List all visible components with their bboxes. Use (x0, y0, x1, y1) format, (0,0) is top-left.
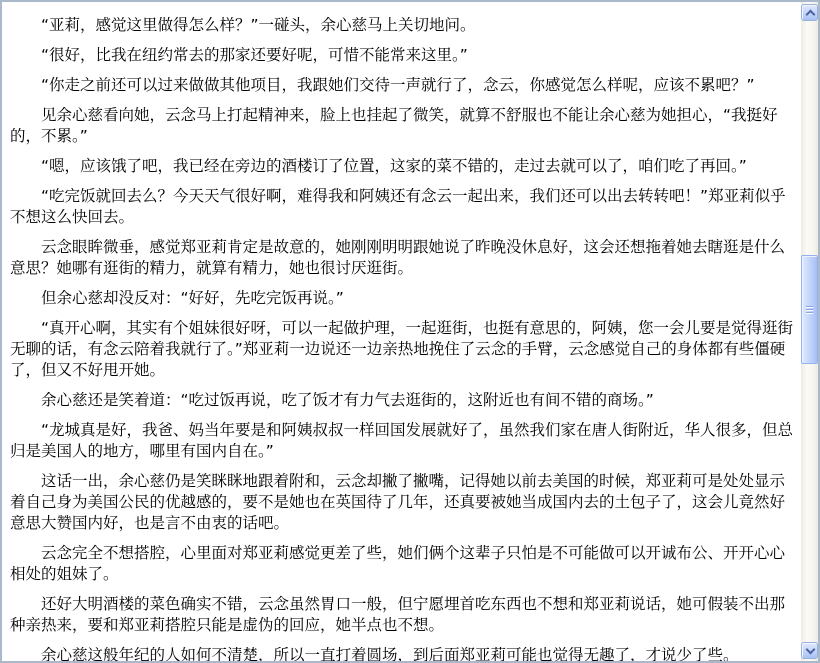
document-text-area: “亚莉，感觉这里做得怎么样？”一碰头，余心慈马上关切地问。 “很好，比我在纽约常… (2, 2, 799, 661)
paragraph: 还好大明酒楼的菜色确实不错，云念虽然胃口一般，但宁愿埋首吃东西也不想和郑亚莉说话… (10, 594, 795, 636)
thumb-grip-icon (806, 306, 813, 314)
paragraph: 云念完全不想搭腔，心里面对郑亚莉感觉更差了些，她们俩个这辈子只怕是不可能做可以开… (10, 543, 795, 585)
scrollbar-track-below-thumb[interactable] (801, 364, 818, 642)
paragraph: 但余心慈却没反对：“好好，先吃完饭再说。” (10, 288, 795, 309)
scrollbar-thumb[interactable] (801, 255, 818, 364)
paragraph: “吃完饭就回去么？今天天气很好啊，难得我和阿姨还有念云一起出来，我们还可以出去转… (10, 186, 795, 228)
paragraph: 见余心慈看向她，云念马上打起精神来，脸上也挂起了微笑，就算不舒服也不能让余心慈为… (10, 105, 795, 147)
paragraph: “龙城真是好，我爸、妈当年要是和阿姨叔叔一样回国发展就好了，虽然我们家在唐人街附… (10, 420, 795, 462)
paragraph: “很好，比我在纽约常去的那家还要好呢，可惜不能常来这里。” (10, 45, 795, 66)
paragraph: “亚莉，感觉这里做得怎么样？”一碰头，余心慈马上关切地问。 (10, 15, 795, 36)
document-window: “亚莉，感觉这里做得怎么样？”一碰头，余心慈马上关切地问。 “很好，比我在纽约常… (0, 0, 820, 663)
scroll-up-button[interactable] (801, 4, 818, 21)
paragraph: “嗯，应该饿了吧，我已经在旁边的酒楼订了位置，这家的菜不错的，走过去就可以了，咱… (10, 156, 795, 177)
scroll-down-button[interactable] (801, 642, 818, 659)
paragraph: “你走之前还可以过来做做其他项目，我跟她们交待一声就行了，念云，你感觉怎么样呢，… (10, 75, 795, 96)
paragraph: “真开心啊，其实有个姐妹很好呀，可以一起做护理，一起逛街，也挺有意思的，阿姨，您… (10, 318, 795, 381)
paragraph: 云念眼眸微垂，感觉郑亚莉肯定是故意的，她刚刚明明跟她说了昨晚没休息好，这会还想拖… (10, 237, 795, 279)
paragraph: 这话一出，余心慈仍是笑眯眯地跟着附和，云念却撇了撇嘴，记得她以前去美国的时候，郑… (10, 471, 795, 534)
chevron-down-icon (806, 645, 816, 655)
scrollbar-track-above-thumb[interactable] (801, 21, 818, 255)
chevron-up-icon (806, 10, 816, 20)
paragraph: 余心慈还是笑着道：“吃过饭再说，吃了饭才有力气去逛街的，这附近也有间不错的商场。… (10, 390, 795, 411)
paragraph: 余心慈这般年纪的人如何不清楚，所以一直打着圆场，到后面郑亚莉可能也觉得无趣了，才… (10, 645, 795, 661)
vertical-scrollbar (801, 2, 818, 661)
